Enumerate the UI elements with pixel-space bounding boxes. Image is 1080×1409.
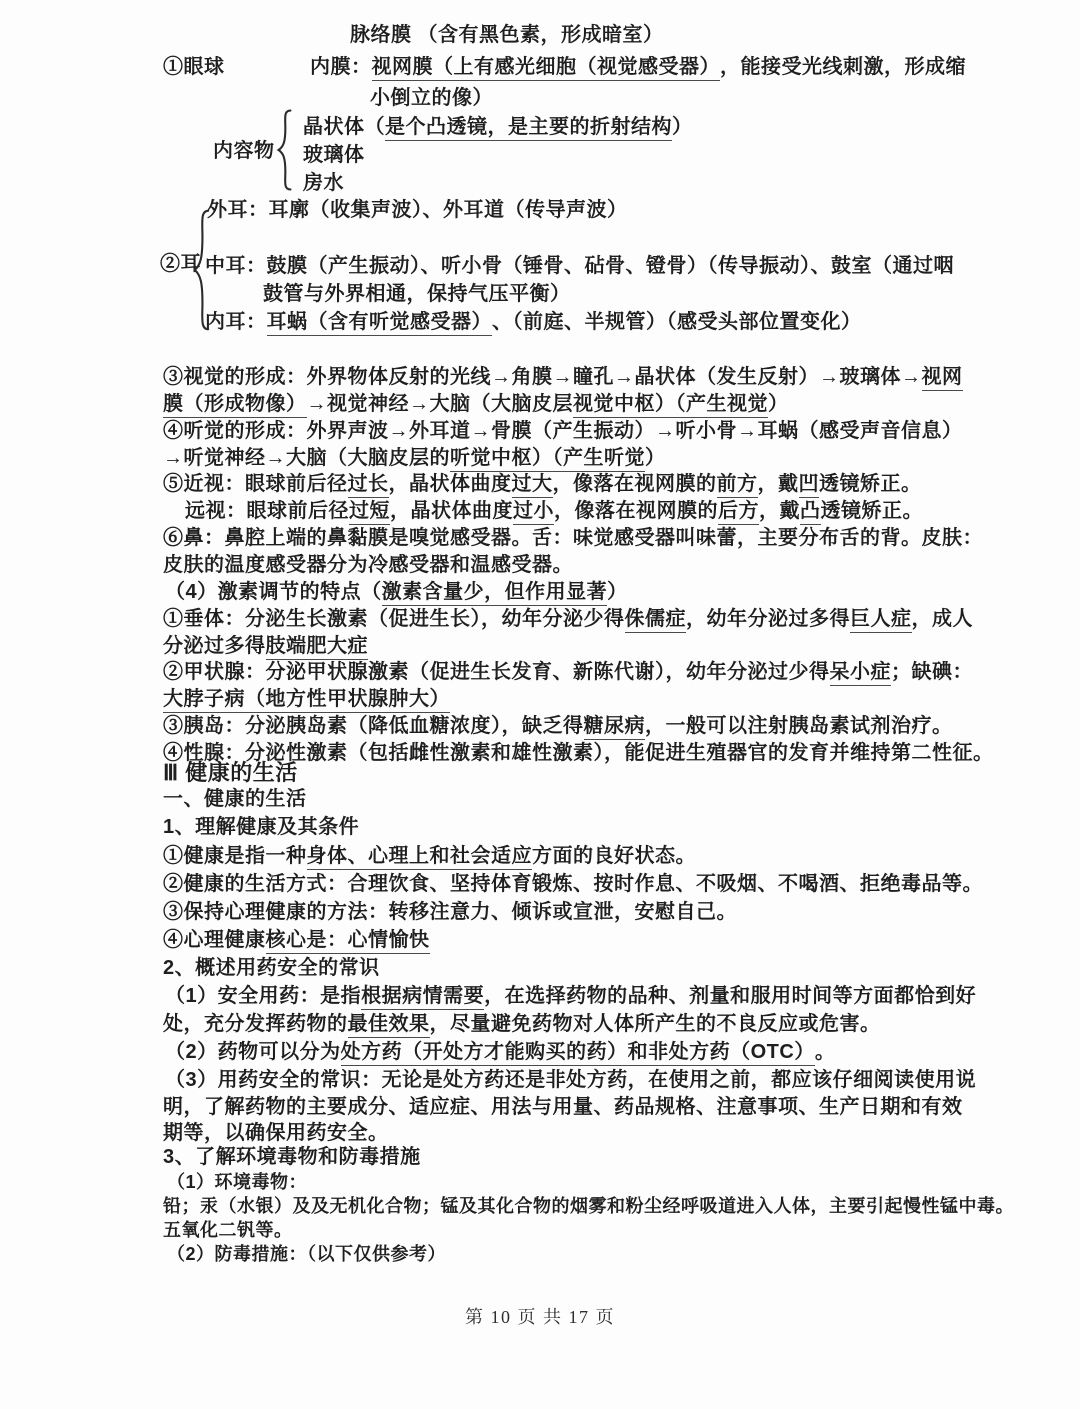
text-line: （3）用药安全的常识：无论是处方药还是非处方药，在使用之前，都应该仔细阅读使用说 — [165, 1069, 976, 1092]
text-segment: 内容物 — [213, 140, 275, 163]
text-segment: 一、健康的生活 — [163, 788, 307, 811]
text-line: （1）环境毒物： — [167, 1172, 307, 1193]
text-segment: ①健康是指一种 — [163, 845, 307, 868]
text-line: 小倒立的像） — [370, 87, 493, 110]
text-line: 膜（形成物像）→视觉神经→大脑（大脑皮层视觉中枢）（产生视觉） — [163, 393, 789, 418]
text-line: ③保持心理健康的方法：转移注意力、倾诉或宣泄，安慰自己。 — [163, 901, 737, 924]
text-segment: （1）环境毒物： — [167, 1172, 307, 1193]
text-line: 鼓管与外界相通，保持气压平衡） — [263, 283, 571, 306]
underlined-text: 身体、心理上和社会适应 — [307, 845, 533, 870]
text-line: ②健康的生活方式：合理饮食、坚持体育锻炼、按时作息、不吸烟、不喝酒、拒绝毒品等。 — [163, 873, 983, 896]
text-segment: 皮肤的温度感受器分为冷感受器和温感受器。 — [163, 554, 573, 577]
text-line: 大脖子病（地方性甲状腺肿大） — [163, 688, 450, 713]
text-line: →听觉神经→大脑（大脑皮层的听觉中枢）（产生听觉） — [163, 447, 666, 472]
text-segment: 处，充分发挥药物的 — [163, 1013, 348, 1036]
text-line: 分泌过多得肢端肥大症 — [163, 635, 368, 660]
text-segment: ，成人 — [912, 608, 974, 631]
text-segment: ①垂体：分泌生长激素（促进生长），幼年分泌少得 — [163, 608, 625, 631]
text-segment: ，在选择药物的品种、剂量和服用时间等方面都恰到好 — [484, 985, 976, 1008]
text-line: 1、理解健康及其条件 — [163, 816, 359, 839]
text-segment: ，尽量避免药物对人体所产生的不良反应或危害。 — [430, 1013, 881, 1036]
text-line: 远视：眼球前后径过短，晶状体曲度过小，像落在视网膜的后方，戴凸透镜矫正。 — [185, 500, 923, 525]
text-segment: 2、概述用药安全的常识 — [163, 957, 380, 980]
text-segment: （4）激素调节的特点（ — [165, 581, 382, 604]
underlined-text: 最佳效果 — [348, 1013, 430, 1038]
underlined-text: 处方药（开处方才能购买的药）和非处方药（OTC） — [341, 1041, 815, 1066]
text-segment: 分泌过多得 — [163, 635, 266, 658]
text-line: 内耳：耳蜗（含有听觉感受器）、（前庭、半规管）（感受头部位置变化） — [205, 311, 862, 336]
text-segment: 玻璃体 — [303, 144, 365, 167]
text-line: ⑤近视：眼球前后径过长，晶状体曲度过大，像落在视网膜的前方，戴凹透镜矫正。 — [163, 473, 922, 498]
text-segment: ，像落在视网膜的 — [554, 500, 718, 523]
text-line: 内容物 — [213, 140, 275, 163]
text-segment: （2）防毒措施：（以下仅供参考） — [167, 1244, 446, 1265]
text-segment: ） — [672, 116, 693, 139]
underlined-text: 过小 — [513, 500, 554, 525]
text-line: 期等，以确保用药安全。 — [163, 1122, 389, 1145]
text-segment: ③视觉的形成：外界物体反射的光线→角膜→瞳孔→晶状体（发生反射）→玻璃体→ — [163, 366, 922, 389]
text-line: ②甲状腺：分泌甲状腺激素（促进生长发育、新陈代谢），幼年分泌过少得呆小症；缺碘： — [163, 661, 973, 686]
underlined-text: 是个凸透镜，是主要的折射结构 — [385, 116, 672, 141]
text-segment: 鼓管与外界相通，保持气压平衡） — [263, 283, 571, 306]
text-segment: ） — [645, 447, 666, 470]
text-line: （4）激素调节的特点（激素含量少，但作用显著） — [165, 581, 628, 606]
text-line: ④听觉的形成：外界声波→外耳道→骨膜（产生振动）→听小骨→耳蜗（感受声音信息） — [163, 420, 963, 443]
underlined-text: 膜（形成物像） — [163, 393, 307, 418]
text-line: 脉络膜 （含有黑色素，形成暗室） — [350, 24, 664, 47]
text-line: ③胰岛：分泌胰岛素（降低血糖浓度），缺乏得糖尿病，一般可以注射胰岛素试剂治疗。 — [163, 715, 953, 740]
underlined-text: 肢端肥大症 — [266, 635, 369, 660]
text-line: 玻璃体 — [303, 144, 365, 167]
text-segment: 期等，以确保用药安全。 — [163, 1122, 389, 1145]
underlined-text: 听觉中枢）（产生听觉 — [450, 447, 645, 472]
text-line: ①健康是指一种身体、心理上和社会适应方面的良好状态。 — [163, 845, 696, 870]
text-segment: 1、理解健康及其条件 — [163, 816, 359, 839]
text-segment: 晶状体（ — [303, 116, 385, 139]
underlined-text: 侏儒症 — [625, 608, 687, 633]
text-line: 五氧化二钒等。 — [163, 1220, 293, 1241]
underlined-text: 激素含量少，但作用显著 — [382, 581, 608, 606]
text-line: （2）防毒措施：（以下仅供参考） — [167, 1244, 446, 1265]
underlined-text: 前方 — [717, 473, 758, 498]
text-segment: ，像落在视网膜的 — [553, 473, 717, 496]
text-segment: ⑥鼻：鼻腔上端的鼻黏膜是嗅觉感受器。舌：味觉感受器叫味蕾，主要分布舌的背。皮肤： — [163, 527, 983, 550]
text-line: 内膜：视网膜（上有感光细胞（视觉感受器），能接受光线刺激，形成缩 — [310, 56, 966, 81]
text-segment: 内耳： — [205, 311, 267, 334]
underlined-text: 视网 — [922, 366, 963, 391]
text-segment: ） — [607, 581, 628, 604]
text-segment: ） — [768, 393, 789, 416]
text-segment: 明，了解药物的主要成分、适应症、用法与用量、药品规格、注意事项、生产日期和有效 — [163, 1096, 963, 1119]
text-segment: ，一般可以注射胰岛素试剂治疗。 — [645, 715, 953, 738]
underlined-text: 过短 — [349, 500, 390, 525]
text-segment: ，晶状体曲度 — [390, 500, 513, 523]
text-line: （2）药物可以分为处方药（开处方才能购买的药）和非处方药（OTC）。 — [165, 1041, 835, 1066]
text-segment: 五氧化二钒等。 — [163, 1220, 293, 1241]
text-segment: 小倒立的像） — [370, 87, 493, 110]
underlined-text: 耳蜗（含有听觉感受器） — [267, 311, 493, 336]
text-segment: （1）安全用药：是指 — [165, 985, 361, 1008]
text-line: 皮肤的温度感受器分为冷感受器和温感受器。 — [163, 554, 573, 577]
underlined-text: 凹 — [799, 473, 820, 498]
text-segment: ②健康的生活方式：合理饮食、坚持体育锻炼、按时作息、不吸烟、不喝酒、拒绝毒品等。 — [163, 873, 983, 896]
text-segment: ，能接受光线刺激，形成缩 — [720, 56, 966, 79]
text-segment: ④听觉的形成：外界声波→外耳道→骨膜（产生振动）→听小骨→耳蜗（感受声音信息） — [163, 420, 963, 443]
text-line: 中耳：鼓膜（产生振动）、听小骨（锤骨、砧骨、镫骨）（传导振动）、鼓室（通过咽 — [205, 255, 954, 278]
underlined-text: 视觉中枢）（产生视觉 — [573, 393, 768, 418]
underlined-text: 巨人症 — [850, 608, 912, 633]
text-segment: Ⅲ 健康的生活 — [163, 760, 298, 785]
underlined-text: 过长 — [348, 473, 389, 498]
left-curly-brace — [192, 207, 211, 333]
underlined-text: 后方 — [718, 500, 759, 525]
text-segment: ，戴 — [758, 473, 799, 496]
underlined-text: 视网膜（上有感光细胞（视觉感受器） — [372, 56, 721, 81]
page-number: 第 10 页 共 17 页 — [465, 1303, 615, 1329]
left-curly-brace — [276, 108, 293, 192]
text-segment: ①眼球 — [163, 56, 225, 79]
text-segment: 透镜矫正。 — [821, 500, 924, 523]
text-segment: ③保持心理健康的方法：转移注意力、倾诉或宣泄，安慰自己。 — [163, 901, 737, 924]
text-segment: 房水 — [303, 172, 344, 195]
text-segment: 内膜： — [310, 56, 372, 79]
text-segment: 外耳：耳廓（收集声波）、外耳道（传导声波） — [207, 199, 628, 222]
text-line: 3、了解环境毒物和防毒措施 — [163, 1146, 421, 1169]
text-segment: 。 — [815, 1041, 836, 1064]
text-line: 处，充分发挥药物的最佳效果，尽量避免药物对人体所产生的不良反应或危害。 — [163, 1013, 881, 1038]
text-segment: →视觉神经→大脑（大脑皮层 — [307, 393, 574, 416]
text-line: 明，了解药物的主要成分、适应症、用法与用量、药品规格、注意事项、生产日期和有效 — [163, 1096, 963, 1119]
text-line: ①眼球 — [163, 56, 225, 79]
text-line: 铅；汞（水银）及及无机化合物；锰及其化合物的烟雾和粉尘经呼吸道进入人体，主要引起… — [163, 1196, 1014, 1217]
text-segment: 方面的良好状态。 — [532, 845, 696, 868]
text-segment: ④心理健康 — [163, 929, 266, 952]
text-line: ⑥鼻：鼻腔上端的鼻黏膜是嗅觉感受器。舌：味觉感受器叫味蕾，主要分布舌的背。皮肤： — [163, 527, 983, 550]
text-segment: ②甲状腺：分泌甲状腺激素（促进生长发育、新陈代谢），幼年分泌过少得 — [163, 661, 830, 684]
underlined-text: 大脖子病（地方性甲状腺肿大） — [163, 688, 450, 713]
underlined-text: 核心是：心情愉快 — [266, 929, 430, 954]
text-segment: 中耳：鼓膜（产生振动）、听小骨（锤骨、砧骨、镫骨）（传导振动）、鼓室（通过咽 — [205, 255, 954, 278]
text-segment: 铅；汞（水银）及及无机化合物；锰及其化合物的烟雾和粉尘经呼吸道进入人体，主要引起… — [163, 1196, 1014, 1217]
text-segment: 远视：眼球前后径 — [185, 500, 349, 523]
underlined-text: 过大 — [512, 473, 553, 498]
text-segment: ；缺碘： — [891, 661, 973, 684]
underlined-text: 凸 — [800, 500, 821, 525]
text-segment: （3）用药安全的常识：无论是处方药还是非处方药，在使用之前，都应该仔细阅读使用说 — [165, 1069, 976, 1092]
text-line: ③视觉的形成：外界物体反射的光线→角膜→瞳孔→晶状体（发生反射）→玻璃体→视网 — [163, 366, 963, 391]
text-segment: ，戴 — [759, 500, 800, 523]
underlined-text: 呆小症 — [830, 661, 892, 686]
document-page: 第 10 页 共 17 页 脉络膜 （含有黑色素，形成暗室）①眼球内膜：视网膜（… — [0, 0, 1080, 1409]
text-segment: ③胰岛：分泌胰岛素（降低血糖浓度），缺乏得 — [163, 715, 584, 738]
text-line: 2、概述用药安全的常识 — [163, 957, 380, 980]
text-segment: （2）药物可以分为 — [165, 1041, 341, 1064]
text-segment: 透镜矫正。 — [819, 473, 922, 496]
text-segment: 3、了解环境毒物和防毒措施 — [163, 1146, 421, 1169]
text-line: 晶状体（是个凸透镜，是主要的折射结构） — [303, 116, 693, 141]
text-segment: 、（前庭、半规管）（感受头部位置变化） — [492, 311, 862, 334]
text-line: 外耳：耳廓（收集声波）、外耳道（传导声波） — [207, 199, 628, 222]
text-line: Ⅲ 健康的生活 — [163, 760, 298, 785]
text-line: ④心理健康核心是：心情愉快 — [163, 929, 430, 954]
text-line: 一、健康的生活 — [163, 788, 307, 811]
underlined-text: 糖尿病 — [584, 715, 646, 740]
text-segment: ⑤近视：眼球前后径 — [163, 473, 348, 496]
underlined-text: 根据病情需要 — [361, 985, 484, 1010]
text-line: 房水 — [303, 172, 344, 195]
text-segment: →听觉神经→大脑（大脑皮层的 — [163, 447, 450, 470]
text-segment: 脉络膜 （含有黑色素，形成暗室） — [350, 24, 664, 47]
text-line: ①垂体：分泌生长激素（促进生长），幼年分泌少得侏儒症，幼年分泌过多得巨人症，成人 — [163, 608, 973, 633]
text-segment: ，晶状体曲度 — [389, 473, 512, 496]
text-segment: ，幼年分泌过多得 — [686, 608, 850, 631]
text-line: （1）安全用药：是指根据病情需要，在选择药物的品种、剂量和服用时间等方面都恰到好 — [165, 985, 976, 1010]
